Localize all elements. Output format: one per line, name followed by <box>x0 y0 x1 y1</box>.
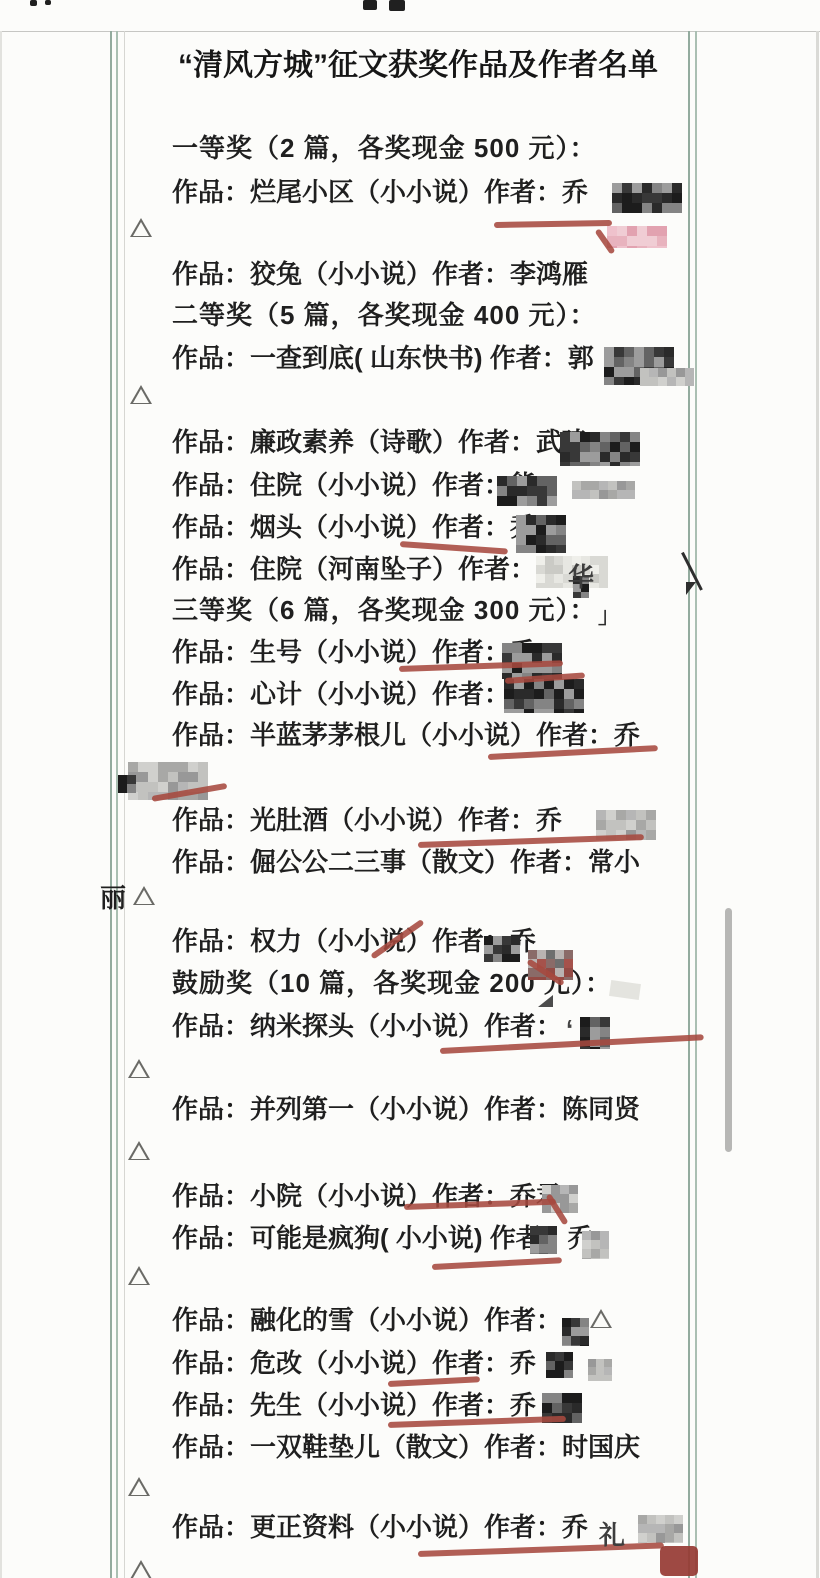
triangle-revision-mark <box>128 1266 150 1285</box>
mosaic-cell <box>502 945 511 954</box>
mosaic-cell <box>555 959 564 968</box>
mosaic-cell <box>562 1336 571 1345</box>
mosaic-cell <box>507 486 517 496</box>
document-line: 作品：倔公公二三事（散文）作者：常小 <box>172 848 640 878</box>
mosaic-cell <box>530 1226 539 1235</box>
mosaic-cell <box>604 347 614 357</box>
mosaic-cell <box>596 820 606 830</box>
mosaic-cell <box>564 959 573 968</box>
cut-off-glyph-mark <box>45 0 51 5</box>
mosaic-cell <box>534 689 544 699</box>
partial-character-mark: ‘ <box>566 1014 573 1045</box>
mosaic-cell <box>647 236 657 246</box>
mosaic-cell <box>528 977 537 980</box>
mosaic-cell <box>676 368 685 377</box>
mosaic-cell <box>547 486 557 496</box>
mosaic-cell <box>599 565 608 574</box>
mosaic-cell <box>600 1047 610 1049</box>
mosaic-cell <box>600 1258 609 1259</box>
mosaic-cell <box>627 236 637 246</box>
mosaic-cell <box>665 1515 674 1524</box>
mosaic-cell <box>590 442 600 452</box>
mosaic-cell <box>632 203 642 213</box>
mosaic-cell <box>607 226 617 236</box>
document-line: 作品：纳米探头（小小说）作者： <box>172 1012 562 1042</box>
triangle-revision-mark <box>590 1309 612 1328</box>
mosaic-cell <box>534 709 544 713</box>
mosaic-cell <box>626 810 636 820</box>
mosaic-cell <box>570 432 580 442</box>
mosaic-cell <box>546 525 556 535</box>
mosaic-cell <box>562 1327 571 1336</box>
mosaic-cell <box>612 203 622 213</box>
mosaic-cell <box>526 535 536 545</box>
mosaic-cell <box>572 481 581 490</box>
mosaic-cell <box>610 432 620 442</box>
mosaic-cell <box>168 762 178 772</box>
mosaic-cell <box>599 481 608 490</box>
mosaic-cell <box>536 556 545 565</box>
mosaic-cell <box>642 203 652 213</box>
mosaic-cell <box>542 643 552 653</box>
page-border-line <box>116 31 118 1578</box>
red-underline-stroke <box>494 220 612 228</box>
mosaic-cell <box>526 515 536 525</box>
mosaic-cell <box>536 535 546 545</box>
document-line: 作品：融化的雪（小小说）作者： <box>172 1306 562 1336</box>
mosaic-cell <box>560 1185 569 1194</box>
red-underline-stroke <box>400 541 508 555</box>
mosaic-cell <box>674 1524 683 1533</box>
mosaic-cell <box>536 565 545 574</box>
mosaic-cell <box>664 347 674 357</box>
triangle-revision-mark <box>128 1059 150 1078</box>
mosaic-cell <box>148 772 158 782</box>
document-line: 作品：心计（小小说）作者：熊 <box>172 680 536 710</box>
mosaic-cell <box>657 246 667 248</box>
mosaic-cell <box>504 699 514 709</box>
mosaic-cell <box>522 643 532 653</box>
page-border-line <box>695 31 697 1578</box>
mosaic-cell <box>158 782 168 792</box>
mosaic-cell <box>590 1047 600 1049</box>
mosaic-cell <box>588 1367 596 1375</box>
mosaic-cell <box>630 462 640 466</box>
mosaic-cell <box>554 699 564 709</box>
mosaic-cell <box>616 820 626 830</box>
mosaic-cell <box>555 1370 564 1378</box>
mosaic-cell <box>616 810 626 820</box>
mosaic-cell <box>574 689 584 699</box>
mosaic-cell <box>128 792 138 800</box>
mosaic-cell <box>537 486 547 496</box>
mosaic-cell <box>546 1361 555 1370</box>
mosaic-cell <box>614 347 624 357</box>
mosaic-cell <box>637 226 647 236</box>
mosaic-cell <box>667 368 676 377</box>
mosaic-cell <box>604 367 614 377</box>
mosaic-cell <box>536 583 545 588</box>
mosaic-cell <box>138 792 148 800</box>
pixelated-redaction <box>562 1318 590 1346</box>
mosaic-cell <box>545 583 554 588</box>
mosaic-cell <box>511 936 520 945</box>
mosaic-cell <box>626 481 635 490</box>
mosaic-cell <box>572 1393 582 1403</box>
document-line: 作品：权力（小小说）作者：乔 <box>172 927 536 957</box>
mosaic-cell <box>624 367 634 377</box>
mosaic-cell <box>580 1017 590 1027</box>
mosaic-cell <box>617 481 626 490</box>
pixelated-redaction <box>607 226 671 248</box>
mosaic-cell <box>617 490 626 499</box>
mosaic-cell <box>674 1515 683 1524</box>
mosaic-cell <box>564 709 574 713</box>
pen-arrow-head <box>686 582 696 595</box>
mosaic-cell <box>168 772 178 782</box>
mosaic-cell <box>620 432 630 442</box>
mosaic-cell <box>542 1212 551 1213</box>
mosaic-cell <box>560 1194 569 1203</box>
mosaic-cell <box>572 1403 582 1413</box>
triangle-revision-mark <box>128 1141 150 1160</box>
mosaic-cell <box>580 1047 590 1049</box>
mosaic-cell <box>542 1393 552 1403</box>
mosaic-cell <box>570 462 580 466</box>
mosaic-cell <box>665 1524 674 1533</box>
mosaic-cell <box>539 1244 548 1253</box>
mosaic-cell <box>548 1226 557 1235</box>
mosaic-cell <box>127 784 136 793</box>
mosaic-cell <box>574 679 584 689</box>
mosaic-cell <box>502 936 511 945</box>
mosaic-cell <box>640 377 649 386</box>
mosaic-cell <box>637 246 647 248</box>
pixelated-redaction <box>612 183 684 213</box>
mosaic-cell <box>537 476 547 486</box>
mosaic-cell <box>600 1027 610 1037</box>
mosaic-cell <box>158 772 168 782</box>
mosaic-cell <box>554 583 563 588</box>
mosaic-cell <box>622 203 632 213</box>
mosaic-cell <box>580 1318 589 1327</box>
mosaic-cell <box>564 1361 573 1370</box>
mosaic-cell <box>564 950 573 959</box>
triangle-revision-mark <box>130 218 152 237</box>
mosaic-cell <box>580 1327 589 1336</box>
document-line: 作品：一查到底( 山东快书) 作者：郭 <box>172 344 594 374</box>
mosaic-cell <box>188 762 198 772</box>
mosaic-cell <box>647 1515 656 1524</box>
mosaic-cell <box>484 954 493 962</box>
mosaic-cell <box>622 183 632 193</box>
mosaic-cell <box>511 954 520 962</box>
mosaic-cell <box>571 1327 580 1336</box>
mosaic-cell <box>564 968 573 977</box>
mosaic-cell <box>138 782 148 792</box>
page-border-line <box>688 31 690 1578</box>
mosaic-cell <box>502 643 512 653</box>
mosaic-cell <box>545 574 554 583</box>
mosaic-cell <box>581 481 590 490</box>
mosaic-cell <box>604 1359 612 1367</box>
mosaic-cell <box>539 1226 548 1235</box>
cut-off-glyph-mark <box>30 0 37 6</box>
mosaic-cell <box>544 709 554 713</box>
mosaic-cell <box>588 1359 596 1367</box>
document-line: 二等奖（5 篇，各奖现金 400 元）： <box>172 301 597 331</box>
document-line: 作品：半蓝茅茅根儿（小小说）作者：乔 <box>172 721 640 751</box>
corner-wedge-mark <box>538 995 553 1007</box>
pixelated-redaction <box>497 476 565 506</box>
mosaic-cell <box>612 183 622 193</box>
mosaic-cell <box>127 775 136 784</box>
mosaic-cell <box>574 709 584 713</box>
mosaic-cell <box>632 183 642 193</box>
mosaic-cell <box>497 496 507 506</box>
mosaic-cell <box>534 699 544 709</box>
document-line: 作品：并列第一（小小说）作者：陈同贤 <box>172 1095 640 1125</box>
mosaic-cell <box>570 452 580 462</box>
pixelated-redaction <box>588 1359 612 1381</box>
mosaic-cell <box>580 462 590 466</box>
mosaic-cell <box>546 950 555 959</box>
mosaic-cell <box>657 236 667 246</box>
mosaic-cell <box>516 535 526 545</box>
mosaic-cell <box>571 1345 580 1346</box>
mosaic-cell <box>604 1375 612 1381</box>
red-underline-stroke <box>432 1257 562 1270</box>
mosaic-cell <box>571 1336 580 1345</box>
mosaic-cell <box>539 1253 548 1254</box>
mosaic-cell <box>532 643 542 653</box>
document-line: 作品：住院（小小说）作者：熊 <box>172 471 536 501</box>
mosaic-cell <box>546 515 556 525</box>
mosaic-cell <box>672 183 682 193</box>
mosaic-cell <box>545 565 554 574</box>
document-line: 作品：更正资料（小小说）作者：乔 <box>172 1513 588 1543</box>
mosaic-cell <box>580 452 590 462</box>
mosaic-cell <box>569 1194 578 1203</box>
mosaic-cell <box>542 1185 551 1194</box>
mosaic-cell <box>497 486 507 496</box>
mosaic-cell <box>526 525 536 535</box>
document-line: 作品：光肚酒（小小说）作者：乔 <box>172 806 562 836</box>
mosaic-cell <box>516 515 526 525</box>
mosaic-cell <box>524 709 534 713</box>
mosaic-cell <box>539 1235 548 1244</box>
mosaic-cell <box>530 1244 539 1253</box>
mosaic-cell <box>497 476 507 486</box>
mosaic-cell <box>580 1027 590 1037</box>
mosaic-cell <box>600 442 610 452</box>
mosaic-cell <box>537 496 547 506</box>
mosaic-cell <box>517 476 527 486</box>
document-title: “清风方城”征文获奖作品及作者名单 <box>148 40 688 84</box>
mosaic-cell <box>591 1249 600 1258</box>
mosaic-cell <box>547 476 557 486</box>
mosaic-cell <box>600 1240 609 1249</box>
mosaic-cell <box>552 1403 562 1413</box>
pixelated-redaction <box>484 936 524 962</box>
mosaic-cell <box>600 432 610 442</box>
mosaic-cell <box>656 1515 665 1524</box>
mosaic-cell <box>647 246 657 248</box>
mosaic-cell <box>507 476 517 486</box>
mosaic-cell <box>554 574 563 583</box>
mosaic-cell <box>564 679 574 689</box>
mosaic-cell <box>599 583 608 588</box>
scrollbar-thumb[interactable] <box>725 908 732 1152</box>
pixelated-redaction <box>560 432 640 466</box>
mosaic-cell <box>516 545 526 553</box>
mosaic-cell <box>493 936 502 945</box>
mosaic-cell <box>493 954 502 962</box>
mosaic-cell <box>554 679 564 689</box>
mosaic-cell <box>178 772 188 782</box>
mosaic-cell <box>610 452 620 462</box>
mosaic-cell <box>591 1240 600 1249</box>
pixelated-redaction <box>638 1515 684 1543</box>
mosaic-cell <box>624 357 634 367</box>
mosaic-cell <box>542 1403 552 1413</box>
page-border-line <box>816 31 819 1578</box>
mosaic-cell <box>562 1403 572 1413</box>
mosaic-cell <box>514 709 524 713</box>
mosaic-cell <box>512 643 522 653</box>
mosaic-cell <box>564 977 573 980</box>
mosaic-cell <box>502 954 511 962</box>
mosaic-cell <box>569 1185 578 1194</box>
mosaic-cell <box>554 556 563 565</box>
mosaic-cell <box>610 462 620 466</box>
mosaic-cell <box>590 1017 600 1027</box>
mosaic-cell <box>630 442 640 452</box>
mosaic-cell <box>527 496 537 506</box>
mosaic-cell <box>546 535 556 545</box>
mosaic-cell <box>590 1027 600 1037</box>
mosaic-cell <box>620 452 630 462</box>
mosaic-cell <box>504 689 514 699</box>
mosaic-cell <box>647 1524 656 1533</box>
mosaic-cell <box>570 442 580 452</box>
mosaic-cell <box>649 377 658 386</box>
mosaic-cell <box>614 357 624 367</box>
mosaic-cell <box>620 462 630 466</box>
mosaic-cell <box>624 377 634 385</box>
mosaic-cell <box>555 1361 564 1370</box>
mosaic-cell <box>545 556 554 565</box>
mosaic-cell <box>638 1533 647 1542</box>
document-viewer: “清风方城”征文获奖作品及作者名单 一等奖（2 篇，各奖现金 500 元）：作品… <box>0 0 820 1578</box>
mosaic-cell <box>654 347 664 357</box>
mosaic-cell <box>590 490 599 499</box>
mosaic-cell <box>590 481 599 490</box>
mosaic-cell <box>562 1393 572 1403</box>
pen-arrow-mark <box>686 548 716 598</box>
mosaic-cell <box>537 950 546 959</box>
mosaic-cell <box>546 1370 555 1378</box>
document-line: 作品：先生（小小说）作者：乔 <box>172 1391 536 1421</box>
mosaic-cell <box>596 1375 604 1381</box>
triangle-revision-mark <box>128 1477 150 1496</box>
mosaic-cell <box>676 377 685 386</box>
document-line: 作品：廉政素养（诗歌）作者：武建 <box>172 428 588 458</box>
mosaic-cell <box>148 762 158 772</box>
red-underline-stroke <box>418 834 644 848</box>
mosaic-cell <box>657 226 667 236</box>
mosaic-cell <box>511 945 520 954</box>
mosaic-cell <box>626 490 635 499</box>
mosaic-cell <box>632 193 642 203</box>
mosaic-cell <box>636 820 646 830</box>
red-pen-blob <box>660 1546 698 1576</box>
pixelated-redaction <box>572 481 638 499</box>
mosaic-cell <box>630 432 640 442</box>
mosaic-cell <box>636 810 646 820</box>
mosaic-cell <box>546 959 555 968</box>
mosaic-cell <box>667 377 676 386</box>
mosaic-cell <box>617 236 627 246</box>
pixelated-redaction <box>504 679 588 713</box>
mosaic-cell <box>662 203 672 213</box>
mosaic-cell <box>582 1231 591 1240</box>
mosaic-cell <box>604 1367 612 1375</box>
faint-smudge-mark <box>609 980 641 1000</box>
mosaic-cell <box>582 1240 591 1249</box>
mosaic-cell <box>604 377 614 385</box>
pixelated-redaction <box>118 775 136 793</box>
mosaic-cell <box>537 977 546 980</box>
triangle-revision-mark <box>130 385 152 404</box>
mosaic-cell <box>626 820 636 830</box>
mosaic-cell <box>547 496 557 506</box>
mosaic-cell <box>580 1336 589 1345</box>
mosaic-cell <box>647 226 657 236</box>
mosaic-cell <box>600 1017 610 1027</box>
mosaic-cell <box>596 1359 604 1367</box>
mosaic-cell <box>596 1367 604 1375</box>
mosaic-cell <box>544 689 554 699</box>
mosaic-cell <box>530 1253 539 1254</box>
mosaic-cell <box>580 1345 589 1346</box>
mosaic-cell <box>556 515 566 525</box>
red-underline-stroke <box>418 1542 664 1557</box>
mosaic-cell <box>514 689 524 699</box>
mosaic-cell <box>548 1235 557 1244</box>
mosaic-cell <box>581 490 590 499</box>
triangle-revision-mark <box>130 1560 152 1578</box>
mosaic-cell <box>590 462 600 466</box>
document-line: 作品：住院（河南坠子）作者： <box>172 555 536 585</box>
mosaic-cell <box>536 525 546 535</box>
page-border-line <box>110 31 112 1578</box>
mosaic-cell <box>600 1249 609 1258</box>
mosaic-cell <box>517 486 527 496</box>
mosaic-cell <box>638 1524 647 1533</box>
mosaic-cell <box>556 535 566 545</box>
mosaic-cell <box>548 1244 557 1253</box>
mosaic-cell <box>672 193 682 203</box>
mosaic-cell <box>658 377 667 386</box>
mosaic-cell <box>560 452 570 462</box>
mosaic-cell <box>590 452 600 462</box>
document-line: 作品：狡兔（小小说）作者：李鸿雁 <box>172 260 588 290</box>
document-line: 作品：危改（小小说）作者：乔 <box>172 1349 536 1379</box>
mosaic-cell <box>662 193 672 203</box>
mosaic-cell <box>574 699 584 709</box>
cut-off-glyph-mark <box>389 0 405 11</box>
